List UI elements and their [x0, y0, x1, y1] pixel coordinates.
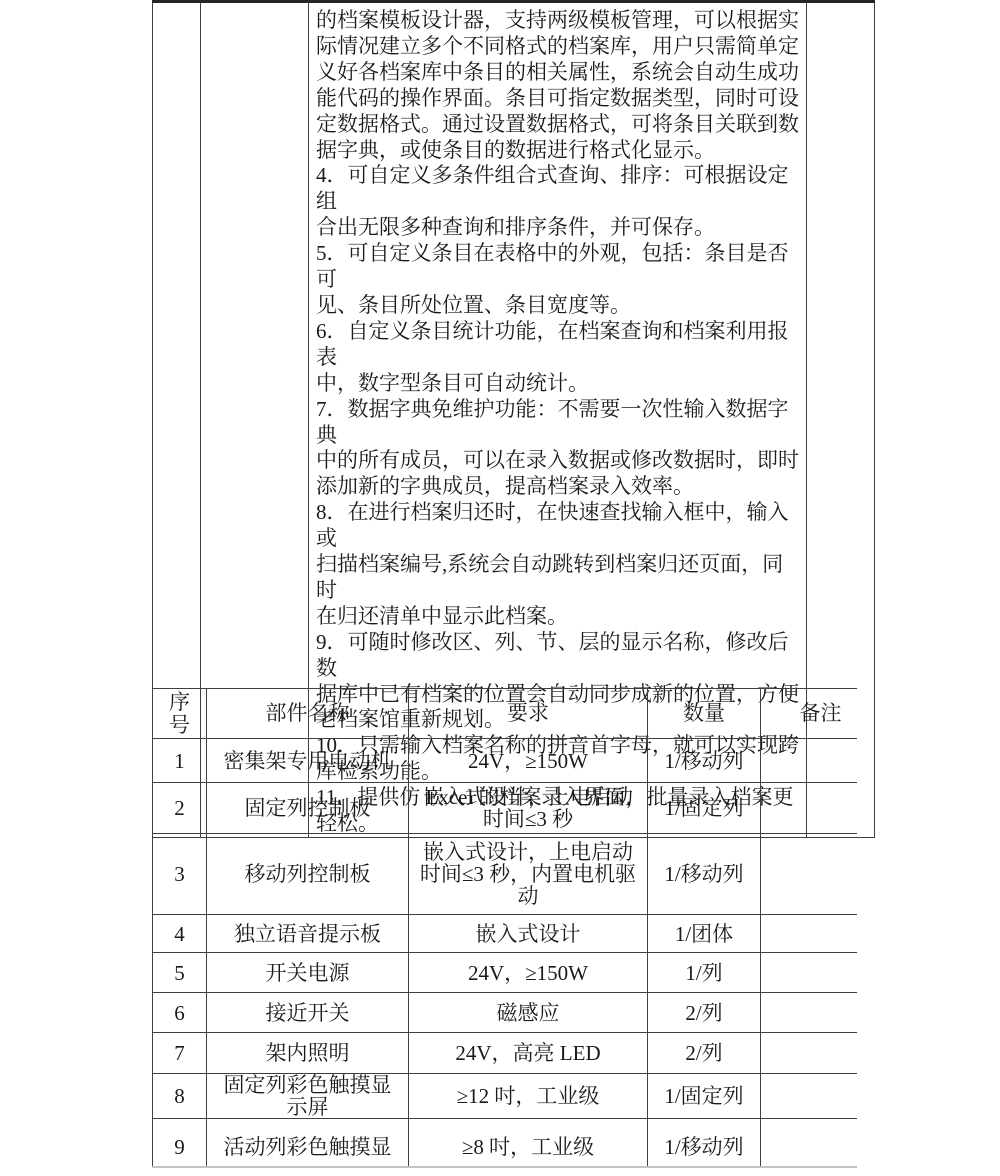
quantity-cell: 2/列	[648, 993, 761, 1033]
table-row: 8 固定列彩色触摸显 示屏 ≥12 吋，工业级 1/固定列	[153, 1074, 858, 1119]
requirement-cell: 嵌入式设计	[409, 915, 648, 953]
serial-cell: 8	[153, 1074, 207, 1119]
part-name-cell: 固定列控制板	[207, 783, 409, 834]
requirement-cell: 24V，≥150W	[409, 739, 648, 783]
parts-header-row: 序 号 部件名称 要求 数量 备注	[153, 689, 858, 739]
quantity-cell: 1/移动列	[648, 834, 761, 915]
requirement-cell: 嵌入式设计，上电启动 时间≤3 秒	[409, 783, 648, 834]
remark-cell	[761, 739, 858, 783]
part-name-cell: 固定列彩色触摸显 示屏	[207, 1074, 409, 1119]
quantity-cell: 1/团体	[648, 915, 761, 953]
serial-cell: 4	[153, 915, 207, 953]
serial-cell: 5	[153, 953, 207, 993]
requirement-cell: 24V，≥150W	[409, 953, 648, 993]
remark-cell	[761, 993, 858, 1033]
table-row: 2 固定列控制板 嵌入式设计，上电启动 时间≤3 秒 1/固定列	[153, 783, 858, 834]
part-name-cell: 接近开关	[207, 993, 409, 1033]
table-row: 7 架内照明 24V，高亮 LED 2/列	[153, 1033, 858, 1074]
part-name-cell: 密集架专用电动机	[207, 739, 409, 783]
requirement-cell: ≥8 吋，工业级	[409, 1119, 648, 1169]
header-serial-number: 序 号	[153, 689, 207, 739]
remark-cell	[761, 783, 858, 834]
serial-cell: 2	[153, 783, 207, 834]
serial-cell: 9	[153, 1119, 207, 1169]
table-row: 3 移动列控制板 嵌入式设计，上电启动 时间≤3 秒，内置电机驱 动 1/移动列	[153, 834, 858, 915]
table-row: 5 开关电源 24V，≥150W 1/列	[153, 953, 858, 993]
quantity-cell: 2/列	[648, 1033, 761, 1074]
parts-table-clip-region: 序 号 部件名称 要求 数量 备注 1 密集架专用电动机 24V，≥150W 1…	[152, 688, 857, 1168]
serial-cell: 3	[153, 834, 207, 915]
quantity-cell: 1/固定列	[648, 1074, 761, 1119]
document-page: 的档案模板设计器，支持两级模板管理，可以根据实 际情况建立多个不同格式的档案库，…	[0, 0, 1000, 1176]
table-row: 9 活动列彩色触摸显 ≥8 吋，工业级 1/移动列	[153, 1119, 858, 1169]
header-requirement: 要求	[409, 689, 648, 739]
table-row: 6 接近开关 磁感应 2/列	[153, 993, 858, 1033]
quantity-cell: 1/移动列	[648, 739, 761, 783]
header-part-name: 部件名称	[207, 689, 409, 739]
serial-cell: 7	[153, 1033, 207, 1074]
part-name-cell: 架内照明	[207, 1033, 409, 1074]
part-name-cell: 独立语音提示板	[207, 915, 409, 953]
remark-cell	[761, 1033, 858, 1074]
header-remark: 备注	[761, 689, 858, 739]
table-row: 1 密集架专用电动机 24V，≥150W 1/移动列	[153, 739, 858, 783]
serial-cell: 6	[153, 993, 207, 1033]
header-quantity: 数量	[648, 689, 761, 739]
part-name-cell: 开关电源	[207, 953, 409, 993]
requirement-cell: 24V，高亮 LED	[409, 1033, 648, 1074]
quantity-cell: 1/列	[648, 953, 761, 993]
quantity-cell: 1/移动列	[648, 1119, 761, 1169]
remark-cell	[761, 953, 858, 993]
remark-cell	[761, 834, 858, 915]
requirement-cell: ≥12 吋，工业级	[409, 1074, 648, 1119]
remark-cell	[761, 1074, 858, 1119]
part-name-cell: 活动列彩色触摸显	[207, 1119, 409, 1169]
requirement-cell: 磁感应	[409, 993, 648, 1033]
quantity-cell: 1/固定列	[648, 783, 761, 834]
remark-cell	[761, 915, 858, 953]
serial-cell: 1	[153, 739, 207, 783]
remark-cell	[761, 1119, 858, 1169]
requirement-cell: 嵌入式设计，上电启动 时间≤3 秒，内置电机驱 动	[409, 834, 648, 915]
parts-table: 序 号 部件名称 要求 数量 备注 1 密集架专用电动机 24V，≥150W 1…	[152, 688, 857, 1168]
part-name-cell: 移动列控制板	[207, 834, 409, 915]
table-row: 4 独立语音提示板 嵌入式设计 1/团体	[153, 915, 858, 953]
